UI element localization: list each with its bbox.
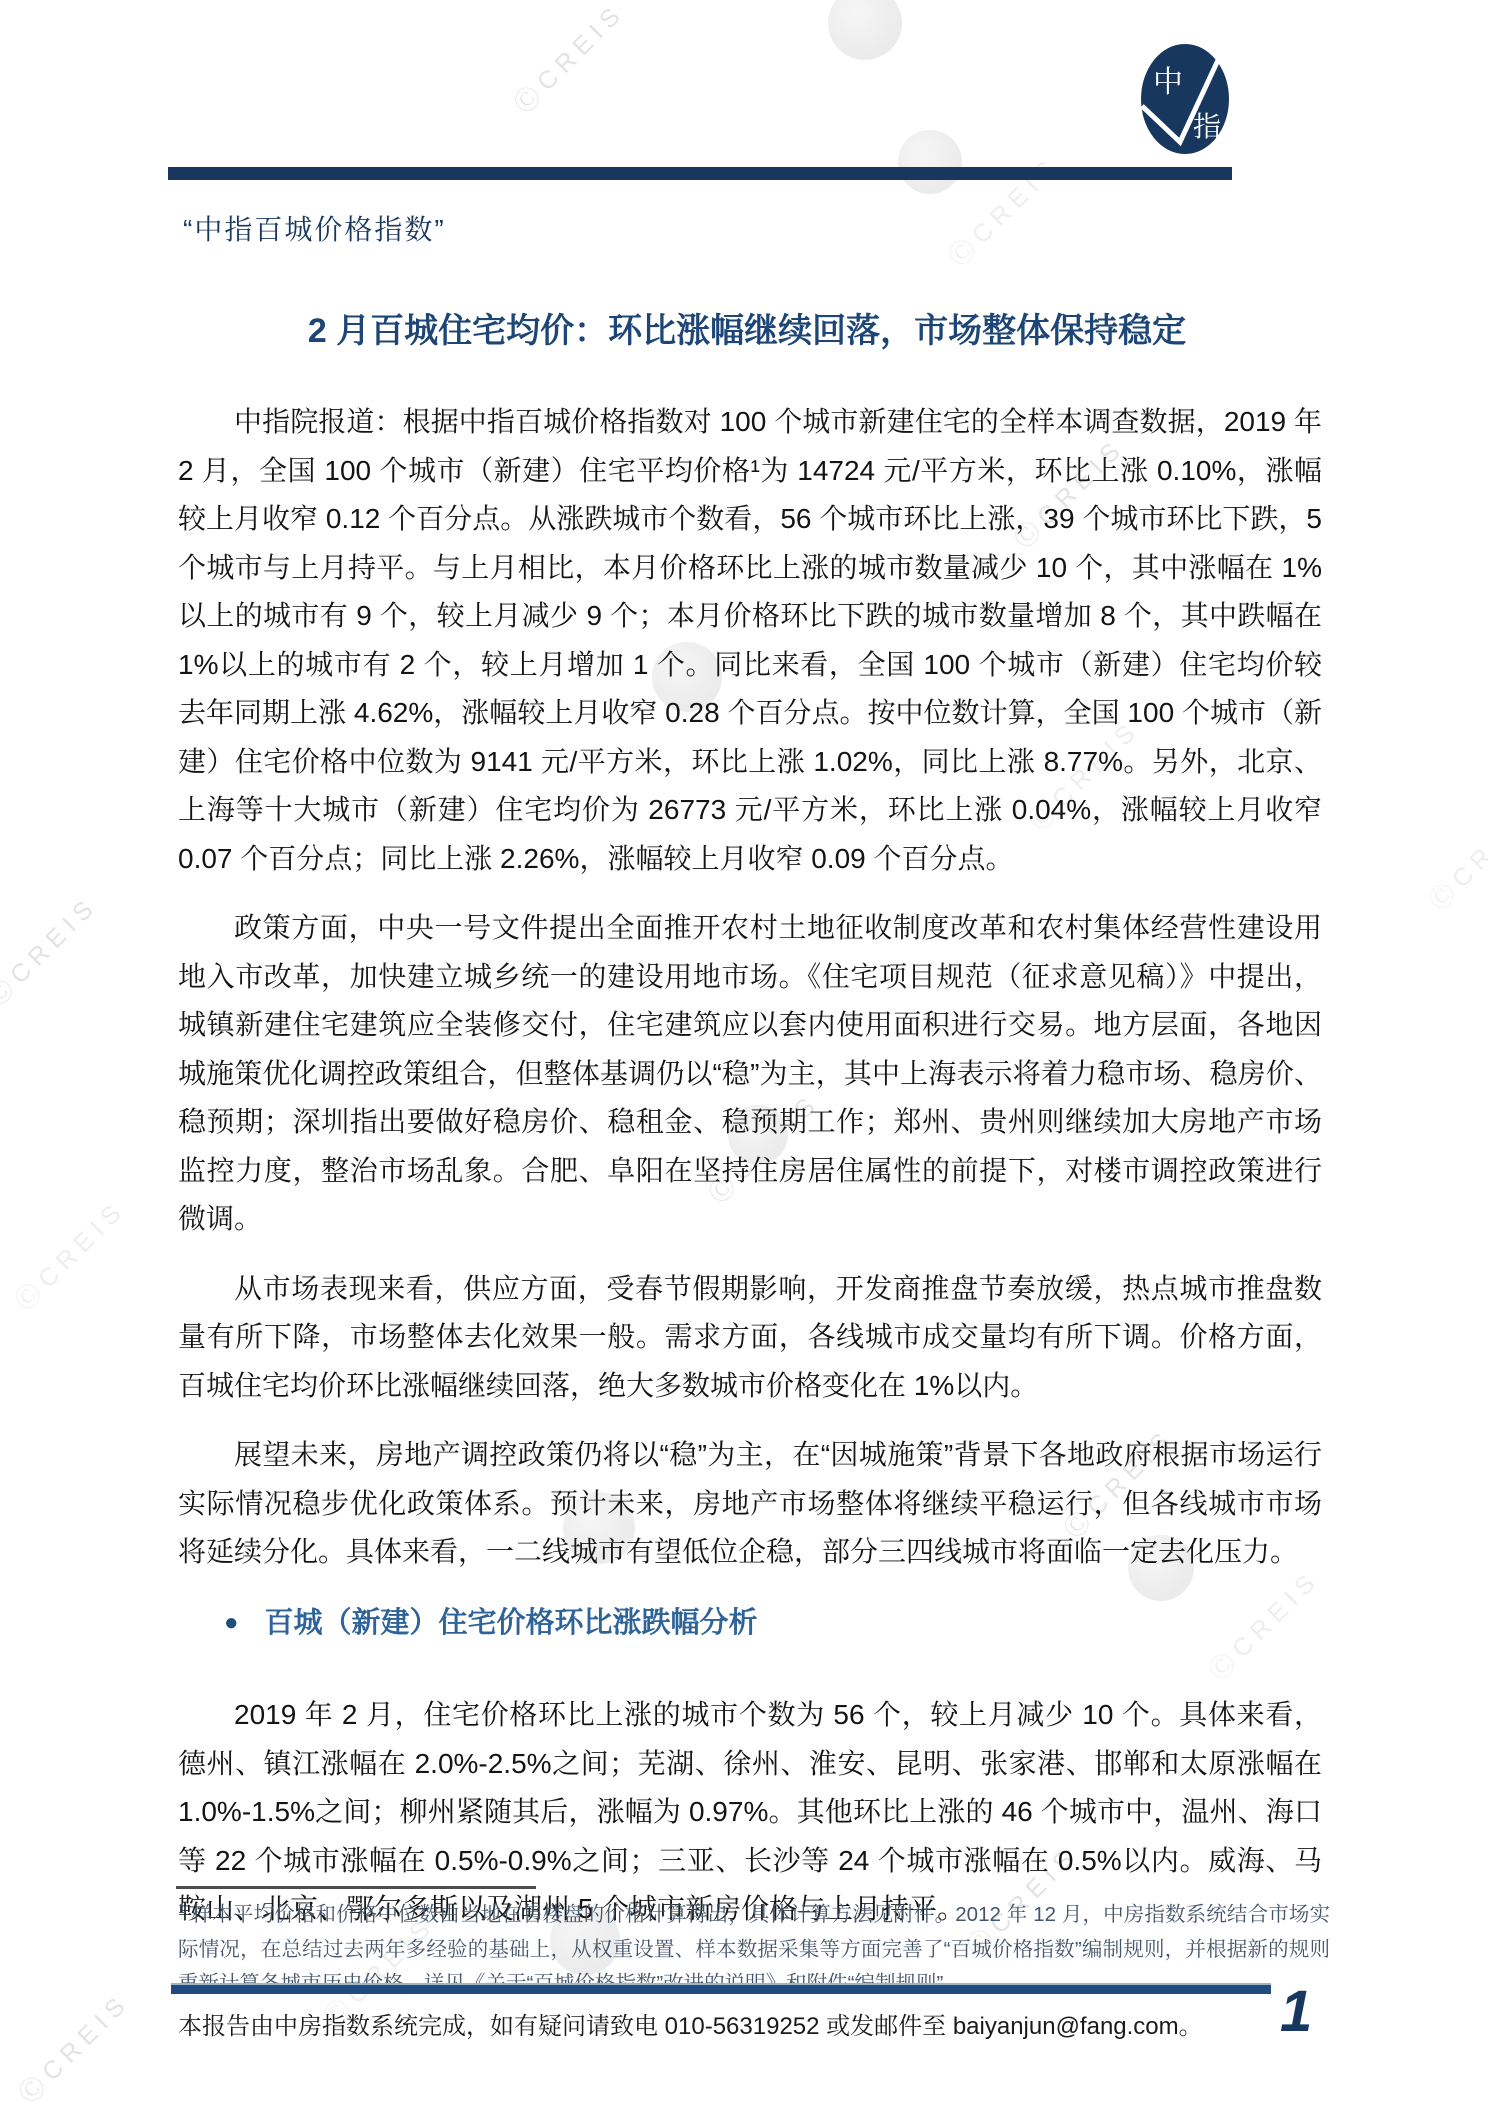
footer-divider — [171, 1985, 1271, 1994]
footnote-divider — [176, 1886, 536, 1889]
body-paragraph: 从市场表现来看，供应方面，受春节假期影响，开发商推盘节奏放缓，热点城市推盘数量有… — [178, 1265, 1322, 1411]
page-number: 1 — [1280, 1978, 1312, 2045]
watermark-circle — [898, 130, 962, 194]
logo-char-top: 中 — [1153, 66, 1183, 99]
body-paragraph: 展望未来，房地产调控政策仍将以“稳”为主，在“因城施策”背景下各地政府根据市场运… — [178, 1431, 1322, 1577]
watermark-text: ⒸCREIS — [1420, 791, 1488, 918]
report-page: ⒸCREIS ⒸCREIS ⒸCREIS ⒸCREIS ⒸCREIS ⒸCREI… — [0, 0, 1488, 2104]
watermark-text: ⒸCREIS — [940, 147, 1067, 274]
watermark-circle — [828, 0, 902, 60]
section-heading: 百城（新建）住宅价格环比涨跌幅分析 — [265, 1599, 758, 1648]
watermark-text: ⒸCREIS — [505, 0, 632, 120]
footnote-marker: 1 — [178, 1900, 186, 1916]
section-heading-row: ● 百城（新建）住宅价格环比涨跌幅分析 — [224, 1599, 1322, 1648]
company-logo: 中 指 — [1139, 42, 1231, 156]
footer-contact: 本报告由中房指数系统完成，如有疑问请致电 010-56319252 或发邮件至 … — [178, 2006, 1203, 2041]
watermark-text: ⒸCREIS — [0, 887, 105, 1014]
report-series-title: “中指百城价格指数” — [183, 208, 446, 248]
watermark-text: ⒸCREIS — [6, 1191, 133, 1318]
logo-chart-line-icon: 中 指 — [1139, 42, 1231, 156]
watermark-text: ⒸCREIS — [10, 1984, 137, 2104]
logo-char-bottom: 指 — [1193, 111, 1221, 142]
footnote-text: 样本平均价格和价格中位数由当地在售楼盘的价格计算得出，具体计算方法见附件。201… — [178, 1903, 1330, 1995]
body-paragraph: 政策方面，中央一号文件提出全面推开农村土地征收制度改革和农村集体经营性建设用地入… — [178, 904, 1322, 1244]
page-title: 2 月百城住宅均价：环比涨幅继续回落，市场整体保持稳定 — [172, 303, 1322, 352]
body-paragraph: 中指院报道：根据中指百城价格指数对 100 个城市新建住宅的全样本调查数据，20… — [178, 398, 1322, 883]
header-divider — [168, 167, 1232, 180]
article-body: 中指院报道：根据中指百城价格指数对 100 个城市新建住宅的全样本调查数据，20… — [178, 398, 1322, 1955]
bullet-icon: ● — [224, 1611, 239, 1635]
